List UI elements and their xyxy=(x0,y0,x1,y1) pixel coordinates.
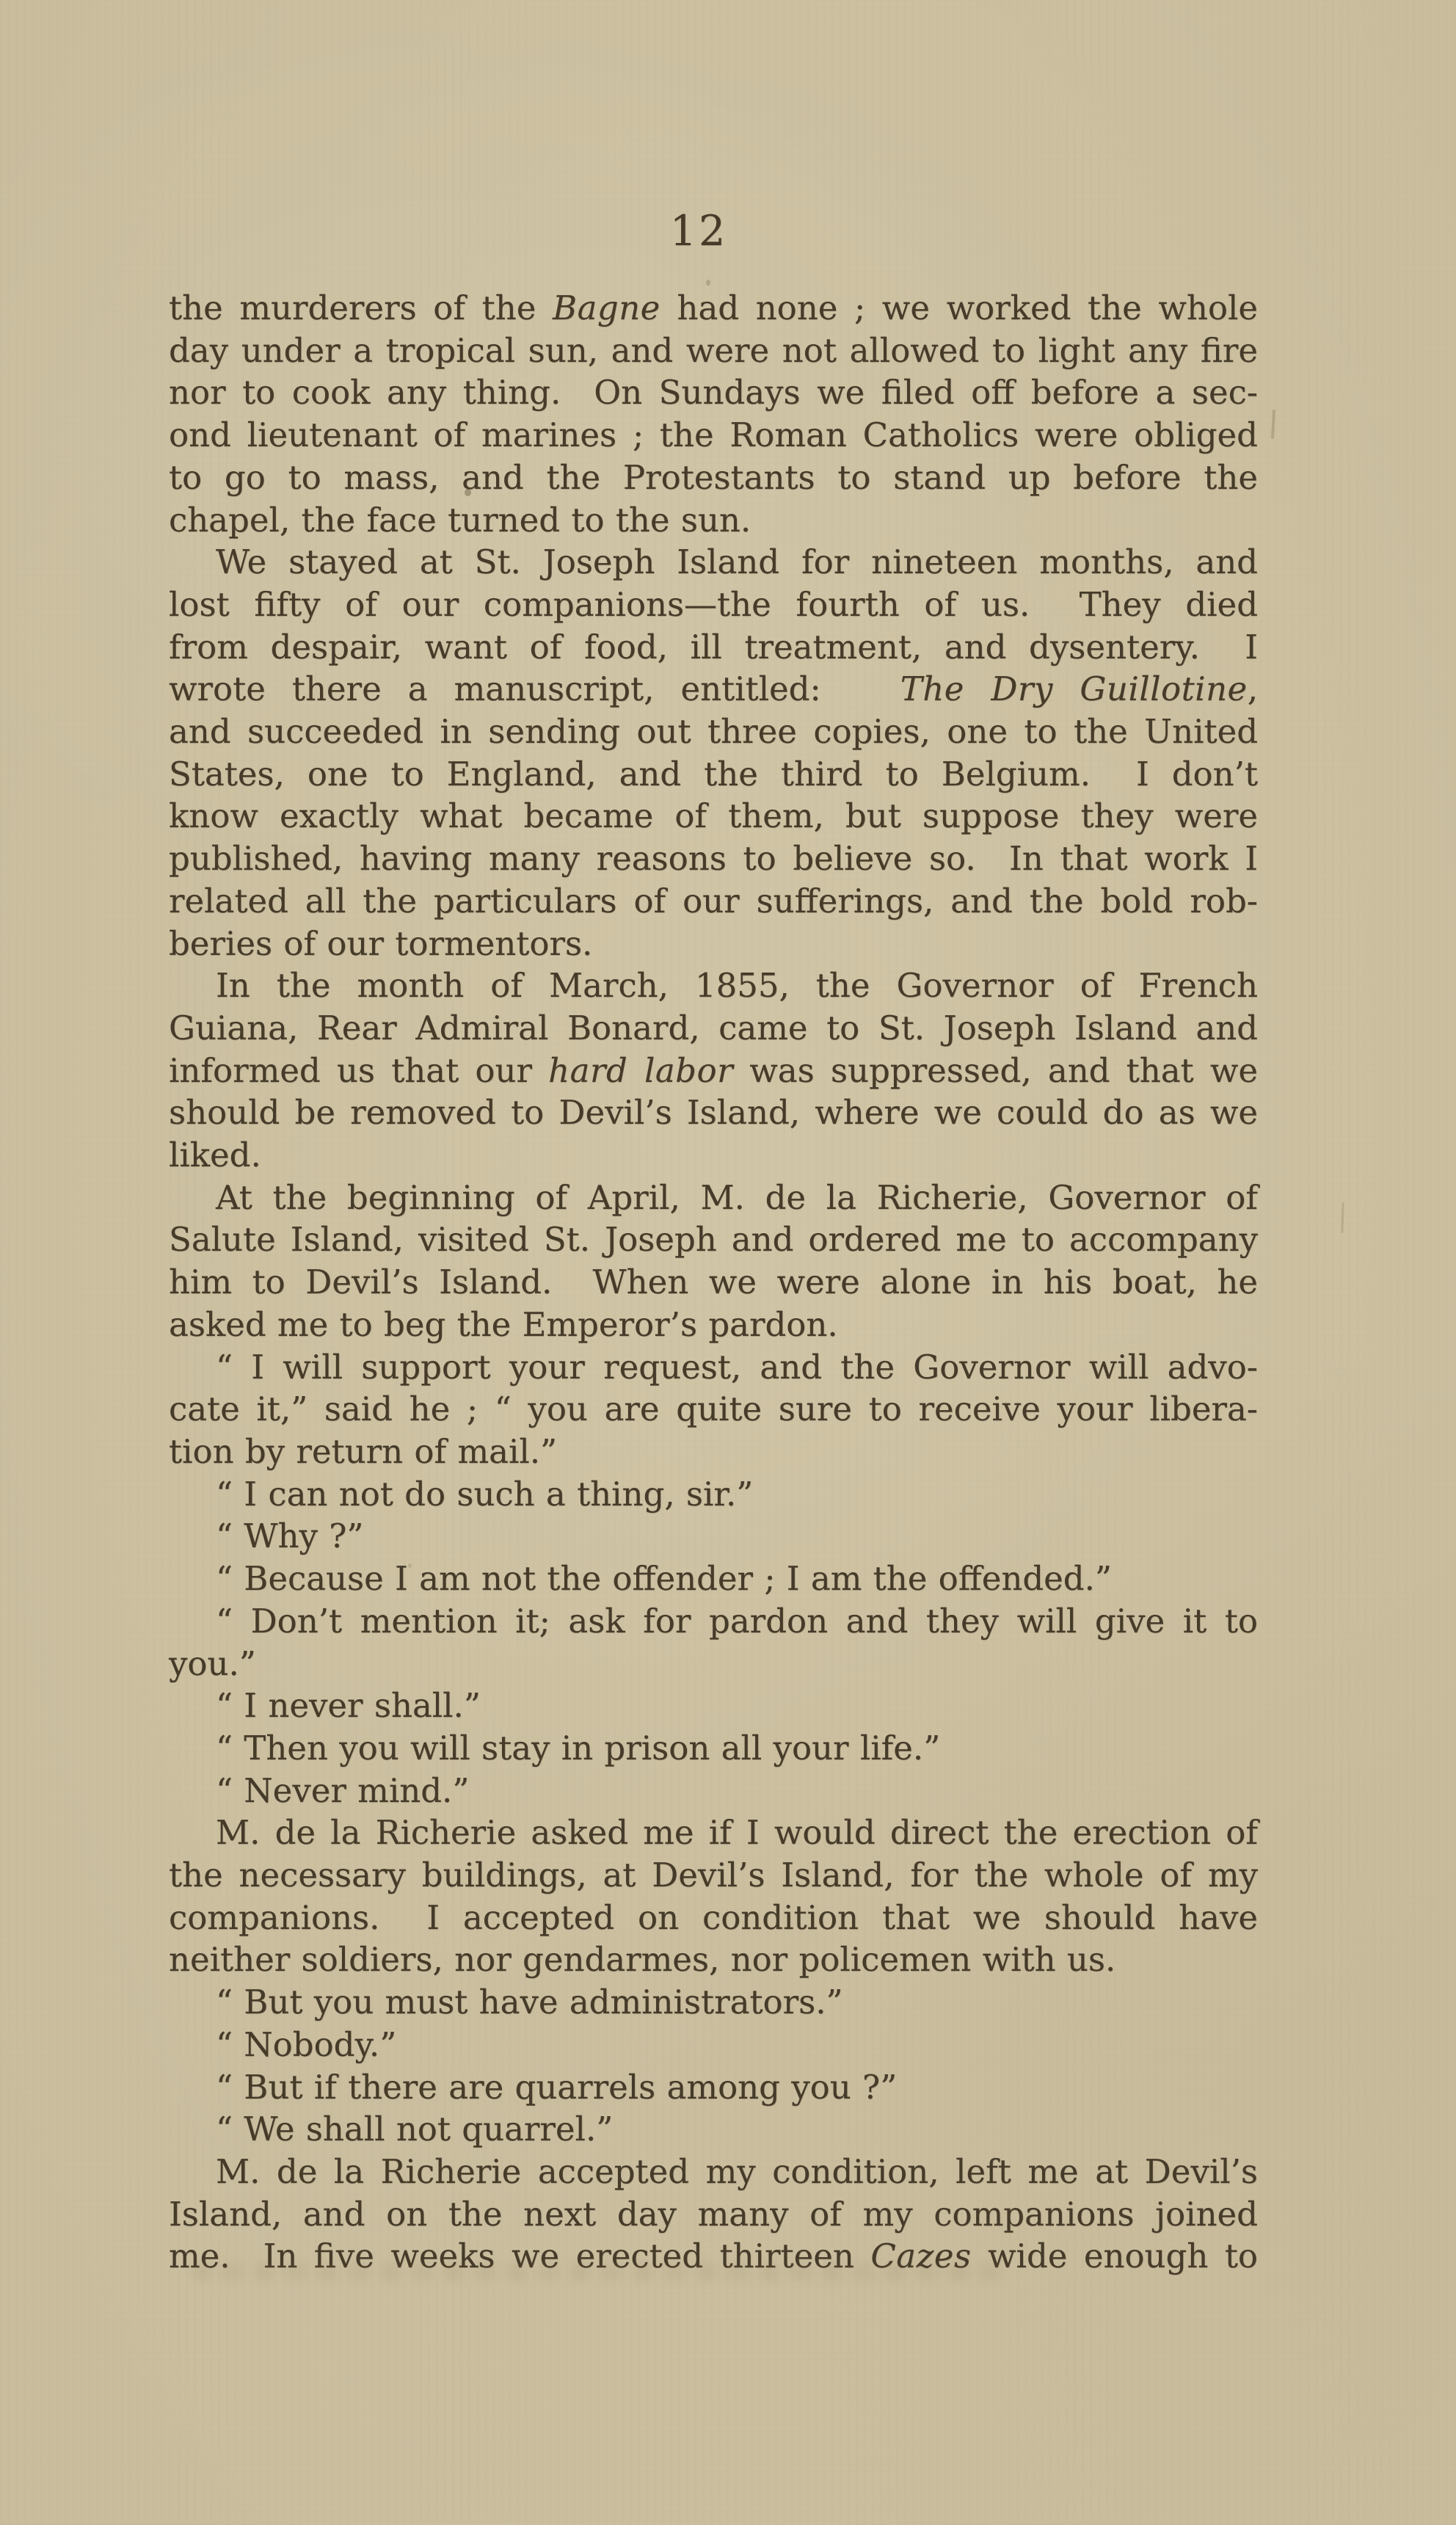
text-line: me. In five weeks we erected thirteen Ca… xyxy=(169,2235,1258,2278)
text-line: “ Because I am not the offender ; I am t… xyxy=(169,1558,1258,1600)
text-line: the murderers of the Bagne had none ; we… xyxy=(169,287,1258,330)
text-line: liked. xyxy=(169,1134,1258,1177)
text-line: Salute Island, visited St. Joseph and or… xyxy=(169,1218,1258,1261)
text-line: and succeeded in sending out three copie… xyxy=(169,711,1258,753)
text-line: published, having many reasons to believ… xyxy=(169,838,1258,880)
text-line: “ But if there are quarrels among you ?” xyxy=(169,2066,1258,2109)
ink-speck xyxy=(1341,1202,1344,1233)
ink-speck xyxy=(706,280,710,286)
text-line: M. de la Richerie accepted my condition,… xyxy=(169,2151,1258,2193)
text-line: “ Why ?” xyxy=(169,1515,1258,1558)
text-line: ond lieutenant of marines ; the Roman Ca… xyxy=(169,414,1258,457)
text-line: M. de la Richerie asked me if I would di… xyxy=(169,1812,1258,1854)
text-line: “ Then you will stay in prison all your … xyxy=(169,1727,1258,1770)
italic-text: The Dry Guillotine xyxy=(900,669,1248,708)
text-line: him to Devil’s Island. When we were alon… xyxy=(169,1261,1258,1304)
text-line: informed us that our hard labor was supp… xyxy=(169,1050,1258,1092)
text-line: day under a tropical sun, and were not a… xyxy=(169,330,1258,372)
text-line: “ But you must have administrators.” xyxy=(169,1981,1258,2024)
text-line: to go to mass, and the Protestants to st… xyxy=(169,457,1258,499)
text-line: the necessary buildings, at Devil’s Isla… xyxy=(169,1854,1258,1897)
page-number: 12 xyxy=(169,210,1228,252)
text-line: “ I will support your request, and the G… xyxy=(169,1346,1258,1389)
text-line: nor to cook any thing. On Sundays we fil… xyxy=(169,371,1258,414)
italic-text: Cazes xyxy=(870,2237,971,2275)
text-line: beries of our tormentors. xyxy=(169,923,1258,965)
text-line: from despair, want of food, ill treatmen… xyxy=(169,626,1258,669)
text-line: “ I can not do such a thing, sir.” xyxy=(169,1473,1258,1516)
text-line: Guiana, Rear Admiral Bonard, came to St.… xyxy=(169,1007,1258,1050)
text-line: wrote there a manuscript, entitled: The … xyxy=(169,668,1258,711)
book-page: { "page": { "number": "12", "paper_color… xyxy=(0,0,1456,2525)
ink-speck xyxy=(1271,410,1275,439)
text-line: We stayed at St. Joseph Island for ninet… xyxy=(169,541,1258,584)
text-line: States, one to England, and the third to… xyxy=(169,753,1258,796)
text-line: Island, and on the next day many of my c… xyxy=(169,2193,1258,2236)
text-line: At the beginning of April, M. de la Rich… xyxy=(169,1177,1258,1219)
page-text: the murderers of the Bagne had none ; we… xyxy=(169,287,1258,2278)
text-line: companions. I accepted on condition that… xyxy=(169,1897,1258,1939)
italic-text: hard labor xyxy=(548,1051,733,1090)
text-line: In the month of March, 1855, the Governo… xyxy=(169,964,1258,1007)
text-line: neither soldiers, nor gendarmes, nor pol… xyxy=(169,1939,1258,1981)
text-line: cate it,” said he ; “ you are quite sure… xyxy=(169,1388,1258,1431)
text-line: know exactly what became of them, but su… xyxy=(169,795,1258,838)
text-line: chapel, the face turned to the sun. xyxy=(169,499,1258,542)
text-line: “ We shall not quarrel.” xyxy=(169,2108,1258,2151)
text-line: should be removed to Devil’s Island, whe… xyxy=(169,1091,1258,1134)
text-line: “ I never shall.” xyxy=(169,1685,1258,1727)
text-line: tion by return of mail.” xyxy=(169,1431,1258,1473)
text-line: “ Nobody.” xyxy=(169,2024,1258,2066)
text-line: related all the particulars of our suffe… xyxy=(169,880,1258,923)
italic-text: Bagne xyxy=(553,288,660,327)
text-line: “ Don’t mention it; ask for pardon and t… xyxy=(169,1600,1258,1685)
text-line: “ Never mind.” xyxy=(169,1770,1258,1812)
text-line: asked me to beg the Emperor’s pardon. xyxy=(169,1304,1258,1346)
text-line: lost fifty of our companions—the fourth … xyxy=(169,584,1258,626)
